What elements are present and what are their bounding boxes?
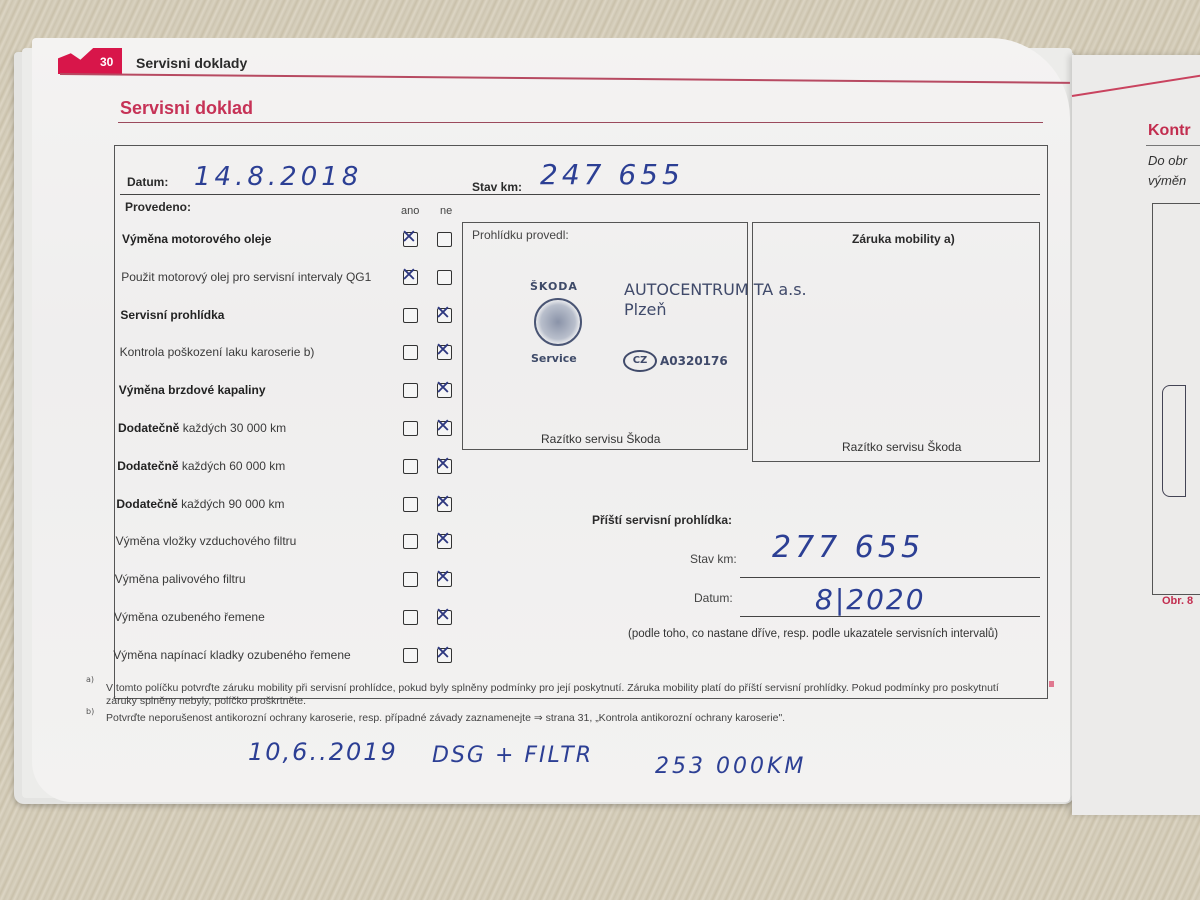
- no-checkbox[interactable]: [437, 421, 452, 436]
- footnote-b-mark: b): [86, 707, 94, 716]
- service-item-label: Výměna motorového oleje: [122, 232, 271, 246]
- service-item-text: Výměna napínací kladky ozubeného řemene: [113, 648, 351, 662]
- right-page-header-rule: [1072, 73, 1200, 97]
- service-item-text: každých 90 000 km: [178, 497, 285, 511]
- yes-checkbox[interactable]: [403, 648, 418, 663]
- no-checkbox[interactable]: [437, 648, 452, 663]
- mobility-warranty-label: Záruka mobility a): [852, 232, 955, 246]
- service-item-label: Výměna napínací kladky ozubeného řemene: [113, 648, 351, 662]
- header-title: Servisni doklady: [136, 55, 247, 71]
- service-item-label: Kontrola poškození laku karoserie b): [120, 345, 315, 359]
- service-item-label: Výměna vložky vzduchového filtru: [116, 534, 297, 548]
- next-date-value[interactable]: 8|2020: [815, 583, 926, 616]
- skoda-brand-text: ŠKODA: [530, 280, 578, 293]
- right-page-figure-caption: Obr. 8: [1162, 595, 1193, 607]
- yes-checkbox[interactable]: [403, 534, 418, 549]
- date-underline: [120, 194, 1040, 195]
- service-item-bold: Dodatečně: [116, 497, 177, 511]
- no-checkbox[interactable]: [437, 610, 452, 625]
- footnote-a-line2: záruky splněny nebyly, políčko proškrtně…: [106, 695, 306, 707]
- stamp-caption: Razítko servisu Škoda: [541, 432, 660, 446]
- yes-checkbox[interactable]: [403, 383, 418, 398]
- red-marker: [1049, 681, 1054, 687]
- no-checkbox[interactable]: [437, 459, 452, 474]
- no-checkbox[interactable]: [437, 308, 452, 323]
- mobility-warranty-box: [752, 222, 1040, 462]
- section-rule: [118, 122, 1043, 123]
- service-item-label: Dodatečně každých 60 000 km: [117, 459, 285, 473]
- no-checkbox[interactable]: [437, 270, 452, 285]
- section-title: Servisni doklad: [120, 98, 253, 119]
- date-value[interactable]: 14.8.2018: [194, 162, 362, 192]
- service-item-text: Výměna palivového filtru: [115, 572, 246, 586]
- right-page-title: Kontr: [1148, 122, 1191, 140]
- date-label: Datum:: [127, 175, 168, 189]
- no-checkbox[interactable]: [437, 345, 452, 360]
- performed-label: Provedeno:: [125, 200, 191, 214]
- handwritten-note-date[interactable]: 10,6..2019: [248, 738, 398, 766]
- no-column-label: ne: [440, 205, 452, 217]
- yes-checkbox[interactable]: [403, 232, 418, 247]
- right-page: Kontr Do obr výměn Obr. 8: [1072, 55, 1200, 815]
- footnote-a-line1: V tomto políčku potvrďte záruku mobility…: [106, 682, 999, 694]
- yes-checkbox[interactable]: [403, 270, 418, 285]
- service-item-text: každých 30 000 km: [179, 421, 286, 435]
- next-service-note: (podle toho, co nastane dříve, resp. pod…: [628, 628, 998, 640]
- service-item-text: Použit motorový olej pro servisní interv…: [121, 270, 371, 284]
- km-value[interactable]: 247 655: [540, 158, 684, 191]
- service-item-bold: Dodatečně: [117, 459, 178, 473]
- mobility-stamp-caption: Razítko servisu Škoda: [842, 440, 961, 454]
- skoda-logo-icon: [534, 298, 582, 346]
- dealer-code: A0320176: [660, 354, 728, 368]
- next-km-underline: [740, 577, 1040, 578]
- km-label: Stav km:: [472, 180, 522, 194]
- yes-column-label: ano: [401, 205, 419, 217]
- service-item-text: Výměna ozubeného řemene: [114, 610, 265, 624]
- service-item-row: Použit motorový olej pro servisní interv…: [121, 267, 471, 289]
- no-checkbox[interactable]: [437, 383, 452, 398]
- handwritten-note-km[interactable]: 253 000KM: [655, 754, 806, 779]
- service-item-label: Servisní prohlídka: [120, 308, 224, 322]
- service-item-label: Výměna palivového filtru: [115, 572, 246, 586]
- yes-checkbox[interactable]: [403, 459, 418, 474]
- next-date-label: Datum:: [694, 591, 733, 605]
- yes-checkbox[interactable]: [403, 308, 418, 323]
- yes-checkbox[interactable]: [403, 610, 418, 625]
- service-item-text: Kontrola poškození laku karoserie b): [120, 345, 315, 359]
- service-item-row: Výměna motorového oleje: [122, 229, 472, 251]
- yes-checkbox[interactable]: [403, 421, 418, 436]
- footnote-a-mark: a): [86, 675, 94, 684]
- service-item-label: Dodatečně každých 90 000 km: [116, 497, 284, 511]
- no-checkbox[interactable]: [437, 534, 452, 549]
- yes-checkbox[interactable]: [403, 497, 418, 512]
- handwritten-note-text[interactable]: DSG + FILTR: [432, 743, 593, 768]
- service-item-bold: Výměna motorového oleje: [122, 232, 271, 246]
- dealer-stamp-box: [462, 222, 748, 450]
- car-door-drawing: [1162, 385, 1186, 497]
- service-item-label: Dodatečně každých 30 000 km: [118, 421, 286, 435]
- next-service-title: Příští servisní prohlídka:: [592, 513, 732, 527]
- service-item-label: Výměna brzdové kapaliny: [119, 383, 266, 397]
- cz-country-badge: CZ: [623, 350, 657, 372]
- stamp-label: Prohlídku provedl:: [472, 228, 569, 242]
- service-item-bold: Výměna brzdové kapaliny: [119, 383, 266, 397]
- service-item-bold: Dodatečně: [118, 421, 179, 435]
- service-item-bold: Servisní prohlídka: [120, 308, 224, 322]
- service-item-text: Výměna vložky vzduchového filtru: [116, 534, 297, 548]
- no-checkbox[interactable]: [437, 497, 452, 512]
- service-item-label: Použit motorový olej pro servisní interv…: [121, 270, 371, 284]
- service-item-text: každých 60 000 km: [179, 459, 286, 473]
- service-text: Service: [531, 352, 577, 365]
- service-item-label: Výměna ozubeného řemene: [114, 610, 265, 624]
- next-km-label: Stav km:: [690, 552, 737, 566]
- next-date-underline: [740, 616, 1040, 617]
- page-number: 30: [100, 55, 113, 69]
- no-checkbox[interactable]: [437, 232, 452, 247]
- no-checkbox[interactable]: [437, 572, 452, 587]
- yes-checkbox[interactable]: [403, 572, 418, 587]
- right-page-rule: [1146, 145, 1200, 146]
- right-page-text: Do obr výměn: [1148, 151, 1187, 191]
- next-km-value[interactable]: 277 655: [772, 530, 924, 565]
- footnote-b-line1: Potvrďte neporušenost antikorozní ochran…: [106, 712, 785, 724]
- yes-checkbox[interactable]: [403, 345, 418, 360]
